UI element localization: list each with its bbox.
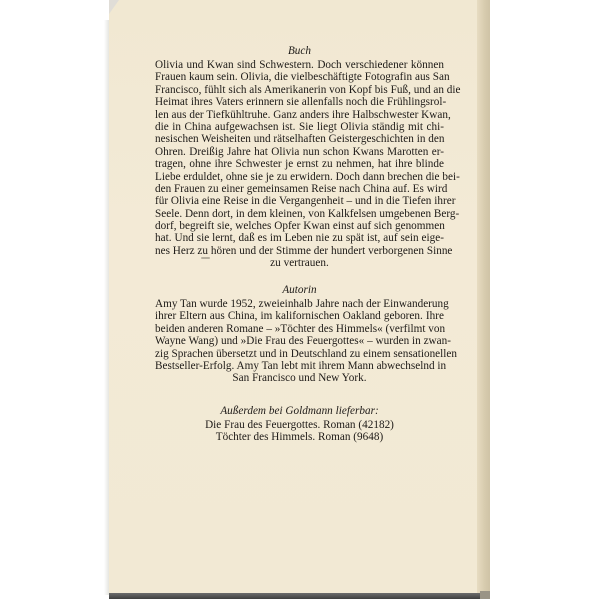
- page-right-edge: [477, 0, 490, 594]
- book-list-item: Töchter des Himmels. Roman (9648): [155, 431, 444, 443]
- text-line: Ohren. Dreißig Jahre hat Olivia nun scho…: [155, 146, 444, 158]
- page-corner-curl: [109, 0, 119, 14]
- text-line: Heimat ihres Vaters erinnern sie allenfa…: [155, 96, 444, 108]
- book-description-section: Buch Olivia und Kwan sind Schwestern. Do…: [155, 45, 444, 270]
- text-line: len aus der Tiefkühltruhe. Ganz anders i…: [155, 109, 444, 121]
- text-line: zig Sprachen übersetzt und in Deutschlan…: [155, 348, 444, 360]
- also-available-heading: Außerdem bei Goldmann lieferbar:: [155, 405, 444, 418]
- text-line-last: zu vertrauen.: [155, 257, 444, 269]
- text-line: dorf, begreift sie, welches Opfer Kwan e…: [155, 220, 444, 232]
- text-line: Bestseller-Erfolg. Amy Tan lebt mit ihre…: [155, 360, 444, 372]
- page-bottom-shadow: [109, 593, 480, 599]
- text-line: Amy Tan wurde 1952, zweieinhalb Jahre na…: [155, 298, 444, 310]
- text-line: Liebe erduldet, ohne sie je zu erwidern.…: [155, 171, 444, 183]
- text-line-last: San Francisco und New York.: [155, 372, 444, 384]
- text-line: für Olivia eine Reise in die Vergangenhe…: [155, 195, 444, 207]
- text-line: den Frauen zu einer gemeinsamen Reise na…: [155, 183, 444, 195]
- book-heading: Buch: [155, 45, 444, 58]
- text-line: Wayne Wang) und »Die Frau des Feuergotte…: [155, 335, 444, 347]
- text-line: die in China aufgewachsen ist. Sie liegt…: [155, 121, 444, 133]
- text-line: ihrer Eltern aus China, im kalifornische…: [155, 310, 444, 322]
- text-line: tragen, ohne ihre Schwester je ernst zu …: [155, 158, 444, 170]
- text-line: Frauen kaum sein. Olivia, die vielbeschä…: [155, 71, 444, 83]
- text-line: Seele. Denn dort, in dem kleinen, von Ka…: [155, 208, 444, 220]
- text-line: Olivia und Kwan sind Schwestern. Doch ve…: [155, 59, 444, 71]
- text-line: nesischen Weisheiten und rätselhaften Ge…: [155, 133, 444, 145]
- page-bottom-right-shadow: [480, 591, 490, 599]
- text-line: nes Herz zu hören und der Stimme der hun…: [155, 245, 444, 257]
- author-section: Autorin Amy Tan wurde 1952, zweieinhalb …: [155, 284, 444, 385]
- paper-smudge: [201, 257, 210, 259]
- text-line: beiden anderen Romane – »Töchter des Him…: [155, 323, 444, 335]
- text-line: hat. Und sie lernt, daß es im Leben nie …: [155, 232, 444, 244]
- book-list-item: Die Frau des Feuergottes. Roman (42182): [155, 419, 444, 431]
- author-heading: Autorin: [155, 284, 444, 297]
- text-line: Francisco, fühlt sich als Amerikanerin v…: [155, 84, 444, 96]
- also-available-section: Außerdem bei Goldmann lieferbar: Die Fra…: [155, 405, 444, 444]
